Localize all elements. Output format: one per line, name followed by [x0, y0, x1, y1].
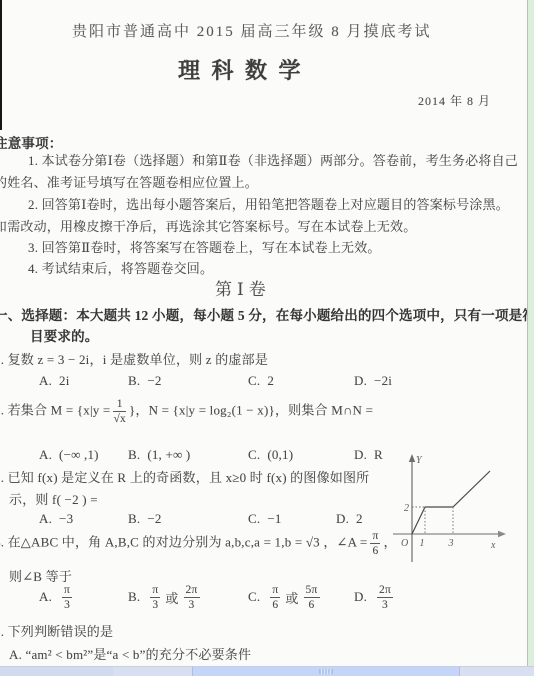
option-b: B.−2: [128, 511, 162, 527]
question-4-stem-line-2: 则∠B 等于: [9, 566, 72, 585]
exam-date: 2014 年 8 月: [418, 92, 491, 109]
option-a: A.2i: [39, 373, 70, 389]
fraction: π3: [62, 584, 72, 611]
notice-line-1b: 的姓名、准考证号填写在答题卷相应位置上。: [0, 172, 258, 191]
viewer-background-edge: [528, 0, 534, 666]
scrollbar-track-segment[interactable]: [0, 667, 113, 676]
fraction: 2π3: [184, 584, 200, 611]
origin-label: O: [401, 538, 408, 549]
option-c: C.−1: [248, 511, 282, 527]
exam-header-line: 贵阳市普通高中 2015 届高三年级 8 月摸底考试: [72, 20, 432, 41]
option-b: B.(1, +∞ ): [128, 447, 190, 463]
fraction: π6: [370, 530, 380, 557]
x-tick-1: 1: [420, 538, 425, 549]
notice-line-1a: 1. 本试卷分第Ⅰ卷（选择题）和第Ⅱ卷（非选择题）两部分。答卷前，考生务必将自己: [28, 150, 518, 169]
option-d: D.−2i: [354, 373, 392, 389]
document-page: 贵阳市普通高中 2015 届高三年级 8 月摸底考试 理 科 数 学 2014 …: [0, 0, 528, 666]
option-c: C.(0,1): [248, 447, 293, 463]
notice-line-2b: 如需改动，用橡皮擦干净后，再选涂其它答案标号。写在本试卷上无效。: [0, 216, 416, 235]
x-tick-3: 3: [448, 538, 454, 549]
exam-title: 理 科 数 学: [178, 54, 304, 85]
question-2-stem: 2. 若集合 M = {x|y =1√x}，N = {x|y = log₂(1 …: [0, 398, 373, 425]
function-curve: [412, 471, 490, 534]
question-3-stem-line-2: 示，则 f( −2 ) =: [9, 489, 98, 508]
scrollbar-grip-icon: [320, 669, 333, 674]
fraction: 5π6: [304, 584, 320, 611]
scrollbar-thumb[interactable]: [192, 667, 460, 676]
notice-line-4: 4. 考试结束后，将答题卷交回。: [28, 258, 213, 277]
scan-left-edge-line: [0, 0, 2, 130]
fraction: π6: [270, 584, 280, 611]
x-axis-label: x: [490, 540, 496, 551]
y-axis-arrow-icon: [409, 454, 415, 462]
notice-line-2a: 2. 回答第Ⅰ卷时，选出每小题答案后，用铅笔把答题卷上对应题目的答案标号涂黑。: [28, 194, 509, 213]
option-a: A.π3: [39, 584, 75, 611]
x-axis-arrow-icon: [498, 531, 506, 537]
horizontal-scrollbar[interactable]: [0, 666, 534, 676]
option-a: A.(−∞ ,1): [39, 447, 99, 463]
notices-heading: 注意事项：: [0, 132, 63, 152]
volume-heading: 第Ⅰ卷: [215, 275, 271, 300]
function-graph-figure: Y x O 1 3 2: [393, 452, 528, 570]
option-c: C.π6或5π6: [248, 584, 323, 611]
option-b: B.π3或2π3: [128, 584, 203, 611]
fraction: π3: [150, 584, 160, 611]
question-3-stem-line-1: 3. 已知 f(x) 是定义在 R 上的奇函数，且 x≥0 时 f(x) 的图像…: [0, 467, 369, 486]
fraction: 1√x: [113, 398, 125, 425]
question-5-stem: 5. 下列判断错误的是: [0, 621, 113, 640]
section-instruction-line-2: 目要求的。: [30, 325, 99, 345]
question-5-option-a: A. “am² < bm²”是“a < b”的充分不必要条件: [9, 644, 251, 663]
option-b: B.−2: [128, 373, 162, 389]
y-tick-2: 2: [404, 503, 409, 514]
section-instruction-line-1: 一、选择题：本大题共 12 小题，每小题 5 分，在每小题给出的四个选项中，只有…: [0, 304, 528, 324]
y-axis-label: Y: [416, 455, 423, 466]
question-1-stem: 1. 复数 z = 3 − 2i，i 是虚数单位，则 z 的虚部是: [0, 349, 268, 368]
option-d: D.2π3: [354, 584, 396, 611]
question-4-stem-line-1: 4. 在△ABC 中，角 A,B,C 的对边分别为 a,b,c,a = 1,b …: [0, 530, 397, 557]
notice-line-3: 3. 回答第Ⅱ卷时，将答案写在答题卷上，写在本试卷上无效。: [28, 237, 381, 256]
option-a: A.−3: [39, 511, 73, 527]
option-c: C.2: [248, 373, 274, 389]
fraction: 2π3: [377, 584, 393, 611]
option-d: D.2: [336, 511, 363, 527]
option-d: D.R: [354, 447, 383, 463]
